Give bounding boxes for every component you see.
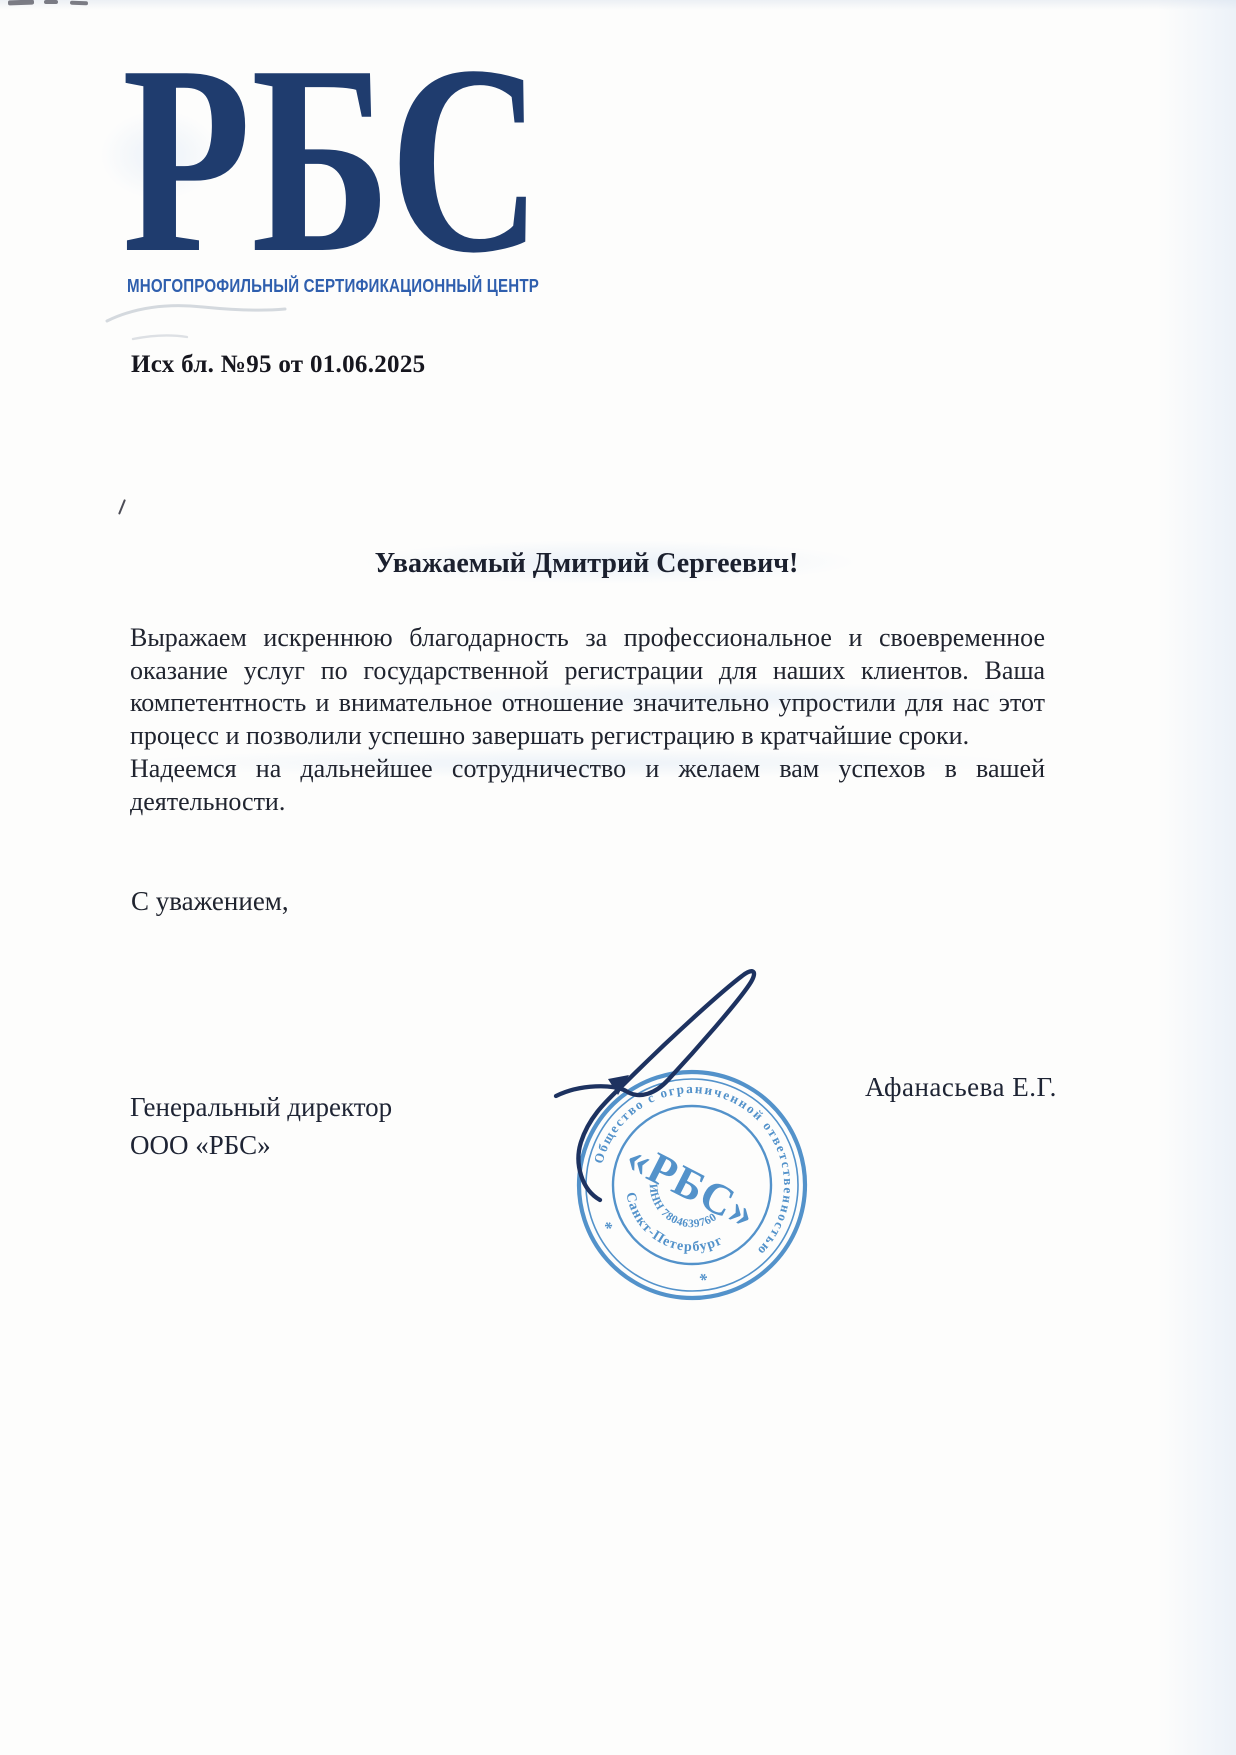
- scan-smudge: [103, 293, 313, 353]
- signer-position-line1: Генеральный директор: [130, 1088, 392, 1126]
- letter-body: Выражаем искреннюю благодарность за проф…: [130, 622, 1045, 818]
- scan-artifact: [44, 0, 58, 4]
- scanned-letter-page: РБС МНОГОПРОФИЛЬНЫЙ СЕРТИФИКАЦИОННЫЙ ЦЕН…: [0, 0, 1236, 1755]
- scan-artifact: [70, 1, 88, 6]
- scan-edge-tint: [1158, 0, 1236, 1755]
- scan-tick-artifact: [118, 499, 126, 515]
- signer-name: Афанасьева Е.Г.: [865, 1072, 1057, 1103]
- signer-position: Генеральный директор ООО «РБС»: [130, 1088, 392, 1164]
- handwritten-signature: [528, 948, 768, 1218]
- salutation: Уважаемый Дмитрий Сергеевич!: [130, 548, 1043, 580]
- stamp-star-separator: *: [694, 1269, 710, 1290]
- body-line: Выражаем искреннюю благодарность за проф…: [130, 622, 1045, 655]
- logo-text: РБС: [122, 58, 542, 258]
- body-line: процесс и позволили успешно завершать ре…: [130, 720, 1045, 753]
- scan-top-tint: [0, 0, 1236, 10]
- body-line: деятельности.: [130, 786, 1045, 819]
- reference-number: Исх бл. №95 от 01.06.2025: [131, 351, 425, 379]
- scan-artifact: [8, 0, 34, 5]
- stamp-star-separator: *: [599, 1217, 615, 1238]
- signer-position-line2: ООО «РБС»: [130, 1126, 392, 1164]
- body-line: Надеемся на дальнейшее сотрудничество и …: [130, 753, 1045, 786]
- body-line: оказание услуг по государственной регист…: [130, 655, 1045, 688]
- company-logo: РБС: [120, 58, 550, 258]
- closing-phrase: С уважением,: [131, 886, 289, 917]
- body-line: компетентность и внимательное отношение …: [130, 687, 1045, 720]
